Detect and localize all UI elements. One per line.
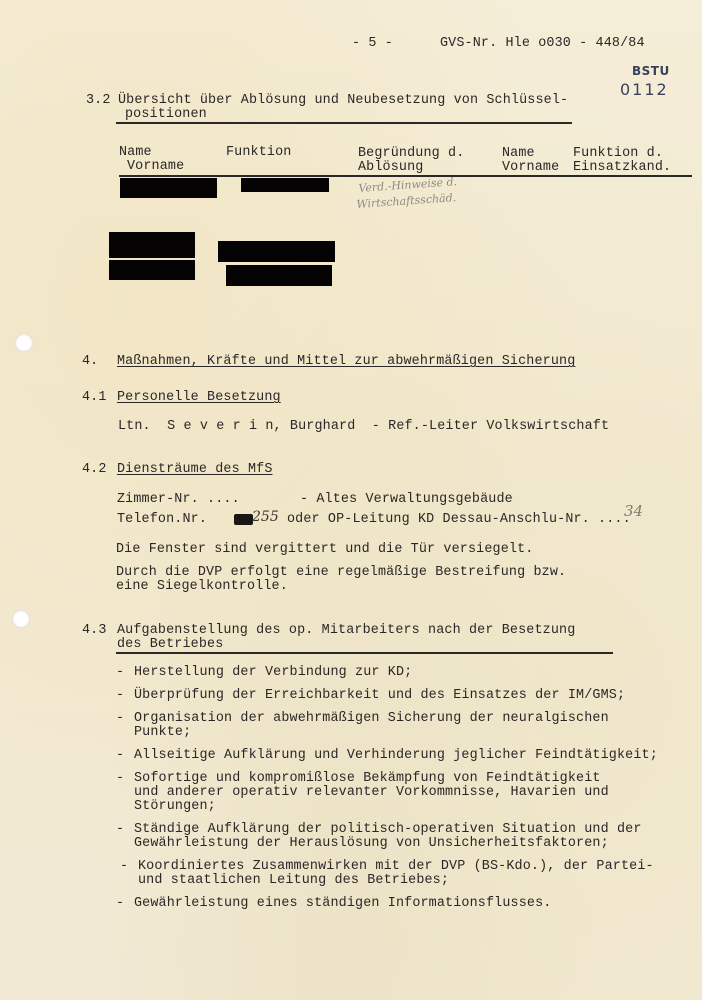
section-4-2-number: 4.2 [82,463,107,477]
document-page: - 5 - GVS-Nr. Hle o030 - 448/84 BSTU 011… [0,0,702,1000]
task-item-line: Sofortige und kompromißlose Bekämpfung v… [134,772,658,786]
task-item-line: und staatlichen Leitung des Betriebes; [138,874,662,888]
col-name-header-1: Name [119,146,152,160]
bullet-dash: - [116,772,124,786]
redaction-row2-name-b [109,260,195,280]
task-item: - Gewährleistung eines ständigen Informa… [116,897,658,911]
table-header-rule [119,175,692,177]
bullet-dash: - [116,689,124,703]
task-list: - Herstellung der Verbindung zur KD; - Ü… [116,666,658,920]
col-funktion-header: Funktion [226,146,292,160]
room-number-label: Zimmer-Nr. .... [117,493,240,507]
section-4-number: 4. [82,355,98,369]
archive-stamp-number: 0112 [620,80,669,99]
task-item: - Organisation der abwehrmäßigen Sicheru… [116,712,658,740]
col-begruendung-header-1: Begründung d. [358,147,464,161]
archive-stamp-label: BSTU [632,64,670,78]
task-item: - Allseitige Aufklärung und Verhinderung… [116,749,658,763]
telephone-label: Telefon.Nr. [117,513,207,527]
bullet-dash: - [116,897,124,911]
bullet-dash: - [116,749,124,763]
handwritten-telephone-number: 255 [252,509,279,525]
section-4-3-title-line2: des Betriebes [117,638,223,652]
handwritten-extension-number: 34 [624,502,643,520]
section-4-1-title: Personelle Besetzung [117,391,281,405]
section-3-2-number: 3.2 [86,94,111,108]
task-item-line: Ständige Aufklärung der politisch-operat… [134,823,658,837]
section-3-2-underline [116,122,572,124]
section-4-2-title: Diensträume des MfS [117,463,273,477]
windows-door-note: Die Fenster sind vergittert und die Tür … [116,543,533,557]
bullet-dash: - [116,823,124,837]
redaction-row2-funktion-b [226,265,332,286]
task-item: - Sofortige und kompromißlose Bekämpfung… [116,772,658,814]
redaction-telephone-prefix [234,514,253,525]
punch-hole-top [15,334,33,352]
col-begruendung-header-2: Ablösung [358,161,424,175]
task-item-line: und anderer operativ relevanter Vorkommn… [134,786,658,800]
punch-hole-bottom [12,610,30,628]
task-item: - Überprüfung der Erreichbarkeit und des… [116,689,658,703]
col-funktion-einsatz-header-2: Einsatzkand. [573,161,671,175]
personnel-line: Ltn. S e v e r i n, Burghard - Ref.-Leit… [118,420,609,434]
redaction-row2-funktion-a [218,241,335,262]
task-item: - Herstellung der Verbindung zur KD; [116,666,658,680]
task-item-line: Allseitige Aufklärung und Verhinderung j… [134,749,658,763]
section-4-title: Maßnahmen, Kräfte und Mittel zur abwehrm… [117,355,575,369]
bullet-dash: - [120,860,128,874]
redaction-row1-name [120,178,217,198]
section-3-2-title-line2: positionen [125,108,207,122]
task-item-line: Punkte; [134,726,658,740]
telephone-alternative: oder OP-Leitung KD Dessau-Anschlu-Nr. ..… [287,513,631,527]
task-item-line: Störungen; [134,800,658,814]
task-item-line: Organisation der abwehrmäßigen Sicherung… [134,712,658,726]
section-4-3-number: 4.3 [82,624,107,638]
patrol-note-line1: Durch die DVP erfolgt eine regelmäßige B… [116,566,566,580]
document-reference: GVS-Nr. Hle o030 - 448/84 [440,37,645,51]
task-item: - Ständige Aufklärung der politisch-oper… [116,823,658,851]
page-number: - 5 - [352,37,393,51]
section-4-3-underline [116,652,613,654]
section-4-3-title-line1: Aufgabenstellung des op. Mitarbeiters na… [117,624,575,638]
redaction-row2-name-a [109,232,195,258]
col-name2-header-2: Vorname [502,161,559,175]
task-item-line: Überprüfung der Erreichbarkeit und des E… [134,689,658,703]
bullet-dash: - [116,666,124,680]
room-location: - Altes Verwaltungsgebäude [300,493,513,507]
task-item-line: Koordiniertes Zusammenwirken mit der DVP… [138,860,662,874]
col-name2-header-1: Name [502,147,535,161]
task-item-line: Herstellung der Verbindung zur KD; [134,666,658,680]
bullet-dash: - [116,712,124,726]
task-item-line: Gewährleistung eines ständigen Informati… [134,897,658,911]
patrol-note-line2: eine Siegelkontrolle. [116,580,288,594]
task-item: - Koordiniertes Zusammenwirken mit der D… [120,860,662,888]
col-name-header-2: Vorname [127,160,184,174]
section-3-2-title-line1: Übersicht über Ablösung und Neubesetzung… [118,94,568,108]
section-4-1-number: 4.1 [82,391,107,405]
col-funktion-einsatz-header-1: Funktion d. [573,147,663,161]
task-item-line: Gewährleistung der Herauslösung von Unsi… [134,837,658,851]
redaction-row1-funktion [241,178,329,192]
